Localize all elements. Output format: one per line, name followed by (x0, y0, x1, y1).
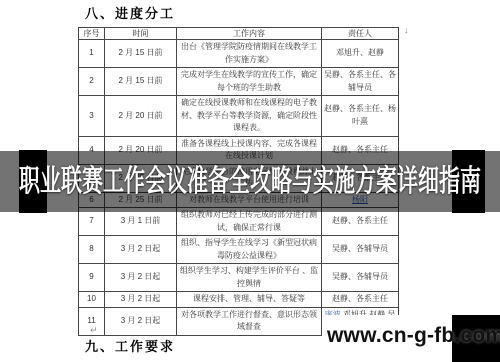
row-content: 对各项教学工作进行督查、意识形态领域督查 (177, 307, 322, 335)
section-heading-progress: 八、进度分工 (85, 3, 175, 22)
row-number: 2 (79, 68, 105, 96)
row-responsible: 吴静、各辅导员 (322, 236, 399, 264)
row-content: 课程安排、管理、辅导、答疑等 (177, 292, 322, 308)
row-number: 9 (79, 264, 105, 292)
document-page: 八、进度分工 ↓ 序号时间工作内容责任人 12 月 15 日前出台《管理学院防疫… (0, 0, 500, 362)
watermark-box: www.cn-g-fb.com (322, 315, 500, 362)
row-responsible: 赵静、各系主任、杨叶熹 (322, 96, 399, 137)
column-header: 工作内容 (177, 28, 322, 40)
banner-title: 职业联赛工作会议准备全攻略与实施方案详细指南 (19, 150, 481, 213)
table-header-row: 序号时间工作内容责任人 (79, 28, 399, 40)
row-responsible: 吴静、各辅导员 (322, 264, 399, 292)
paragraph-mark-icon: ↓ (404, 25, 409, 35)
row-time: 2 月 20 日前 (105, 96, 177, 137)
row-responsible: 吴静、各系主任、各辅导员 (322, 68, 399, 96)
row-time: 2 月 15 日前 (105, 40, 177, 68)
row-time: 3 月 2 日起 (105, 292, 177, 308)
row-number: 10 (79, 292, 105, 308)
row-time: 3 月 2 日起 (105, 307, 177, 335)
row-time: 2 月 15 日前 (105, 68, 177, 96)
row-number: 1 (79, 40, 105, 68)
section-heading-requirements: 九、工作要求 (85, 336, 175, 355)
watermark-url: www.cn-g-fb.com (327, 317, 500, 355)
table-row: 83 月 2 日起组织、指导学生在线学习《新型冠状病毒防疫公益课程》吴静、各辅导… (79, 236, 399, 264)
column-header: 责任人 (322, 28, 399, 40)
table-row: 22 月 15 日前完成对学生在线教学的宣传工作，确定每个班的学生助教吴静、各系… (79, 68, 399, 96)
table-row: 103 月 2 日起课程安排、管理、辅导、答疑等赵静、各系主任 (79, 292, 399, 308)
row-responsible: 邓旭升、赵静 (322, 40, 399, 68)
row-number: 8 (79, 236, 105, 264)
table-row: 12 月 15 日前出台《管理学院防疫情期间在线教学工作实施方案》邓旭升、赵静 (79, 40, 399, 68)
row-content: 完成对学生在线教学的宣传工作，确定每个班的学生助教 (177, 68, 322, 96)
row-responsible: 赵静、各系主任 (322, 292, 399, 308)
row-content: 出台《管理学院防疫情期间在线教学工作实施方案》 (177, 40, 322, 68)
column-header: 序号 (79, 28, 105, 40)
row-time: 3 月 2 日起 (105, 264, 177, 292)
column-header: 时间 (105, 28, 177, 40)
pilcrow-mark-icon: ↵ (90, 325, 98, 336)
row-content: 组织学生学习、构建学生评价平台 、监控舆情 (177, 264, 322, 292)
row-time: 3 月 2 日起 (105, 236, 177, 264)
row-content: 确定在线授课教师和在线课程的电子教材、教学平台等教学资源，确定阶段性课程表。 (177, 96, 322, 137)
table-row: 32 月 20 日前确定在线授课教师和在线课程的电子教材、教学平台等教学资源，确… (79, 96, 399, 137)
table-row: 93 月 2 日起组织学生学习、构建学生评价平台 、监控舆情吴静、各辅导员 (79, 264, 399, 292)
row-number: 3 (79, 96, 105, 137)
row-content: 组织、指导学生在线学习《新型冠状病毒防疫公益课程》 (177, 236, 322, 264)
